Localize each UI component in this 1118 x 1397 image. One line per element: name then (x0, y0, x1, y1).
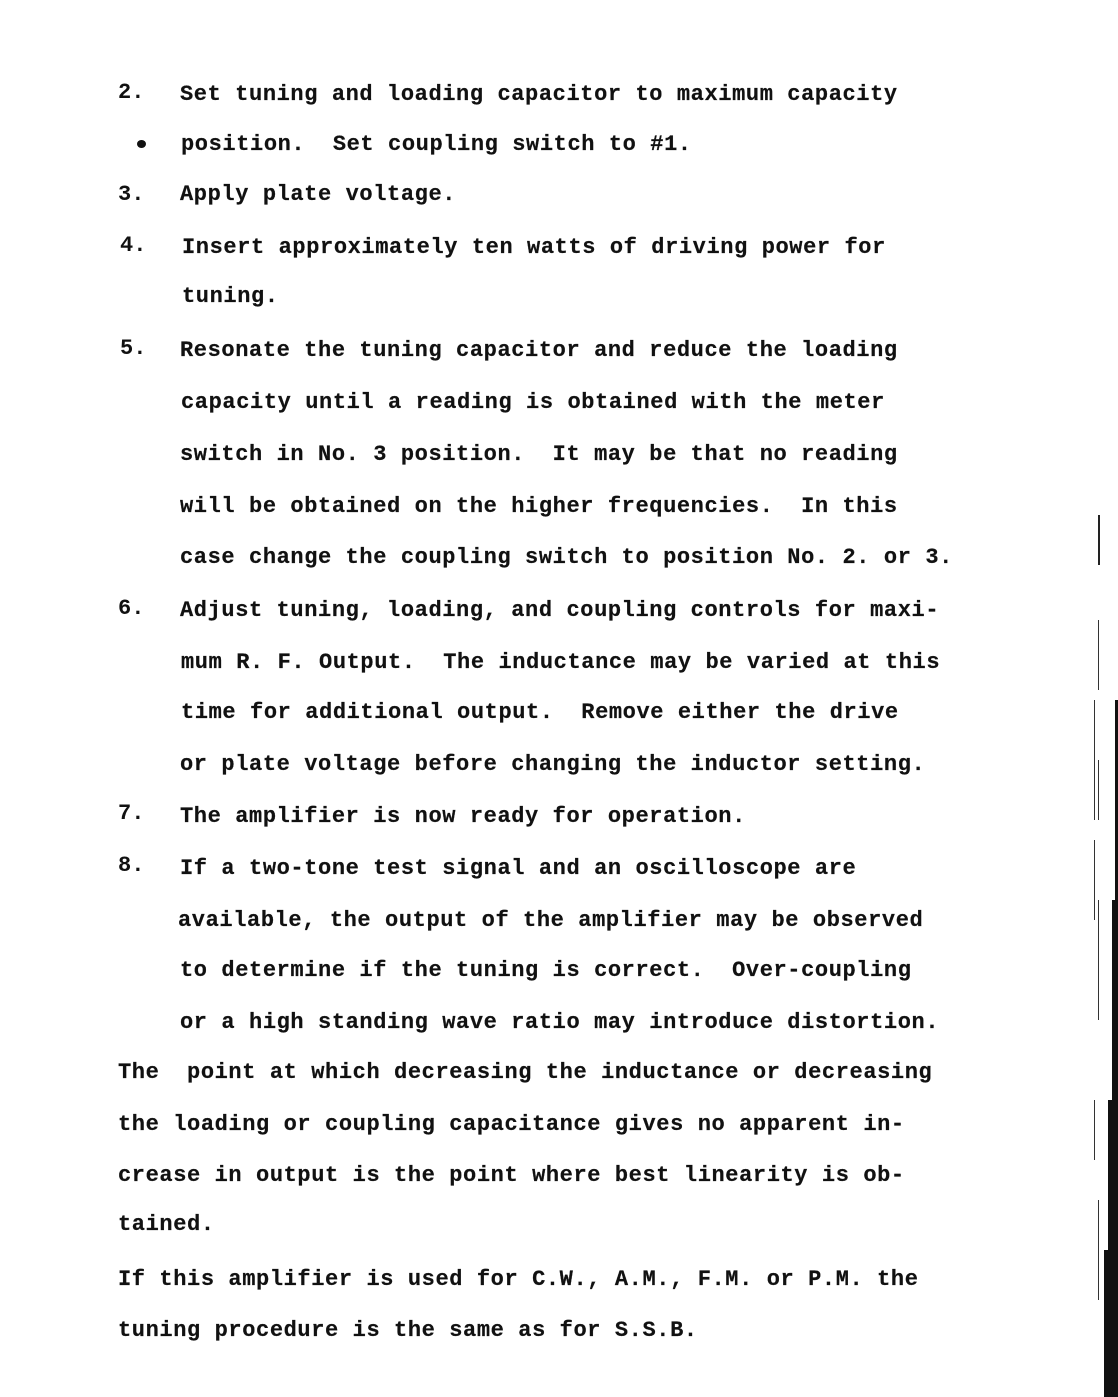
scan-edge-artifact (1058, 0, 1118, 1397)
step-3-line-1: Apply plate voltage. (180, 182, 456, 208)
step-2-line-1: Set tuning and loading capacitor to maxi… (180, 82, 898, 108)
step-number-5: 5. (120, 336, 146, 362)
step-number-3: 3. (118, 182, 144, 208)
step-6-line-1: Adjust tuning, loading, and coupling con… (180, 598, 939, 624)
modes-paragraph-line-2: tuning procedure is the same as for S.S.… (118, 1318, 698, 1344)
modes-paragraph-line-1: If this amplifier is used for C.W., A.M.… (118, 1267, 919, 1293)
step-number-6: 6. (118, 596, 144, 622)
linearity-paragraph-line-2: the loading or coupling capacitance give… (118, 1112, 905, 1138)
step-5-line-2: capacity until a reading is obtained wit… (181, 390, 885, 416)
step-6-line-4: or plate voltage before changing the ind… (180, 752, 925, 778)
step-5-line-5: case change the coupling switch to posit… (180, 545, 953, 571)
step-4-line-1: Insert approximately ten watts of drivin… (182, 235, 886, 261)
step-6-line-2: mum R. F. Output. The inductance may be … (181, 650, 940, 676)
step-number-8: 8. (118, 853, 144, 879)
step-8-line-4: or a high standing wave ratio may introd… (180, 1010, 939, 1036)
step-5-line-4: will be obtained on the higher frequenci… (180, 494, 898, 520)
document-page: 2. Set tuning and loading capacitor to m… (0, 0, 1118, 1397)
step-5-line-3: switch in No. 3 position. It may be that… (180, 442, 898, 468)
step-2-line-2: position. Set coupling switch to #1. (181, 132, 692, 158)
step-8-line-1: If a two-tone test signal and an oscillo… (180, 856, 856, 882)
linearity-paragraph-line-4: tained. (118, 1212, 215, 1238)
step-number-2: 2. (118, 80, 144, 106)
step-6-line-3: time for additional output. Remove eithe… (181, 700, 899, 726)
step-number-7: 7. (118, 801, 144, 827)
linearity-paragraph-line-3: crease in output is the point where best… (118, 1163, 905, 1189)
step-number-4: 4. (120, 233, 146, 259)
step-4-line-2: tuning. (182, 284, 279, 310)
step-8-line-3: to determine if the tuning is correct. O… (180, 958, 912, 984)
step-7-line-1: The amplifier is now ready for operation… (180, 804, 746, 830)
linearity-paragraph-line-1: The point at which decreasing the induct… (118, 1060, 932, 1086)
margin-mark-icon (137, 140, 146, 148)
step-8-line-2: available, the output of the amplifier m… (178, 908, 923, 934)
step-5-line-1: Resonate the tuning capacitor and reduce… (180, 338, 898, 364)
